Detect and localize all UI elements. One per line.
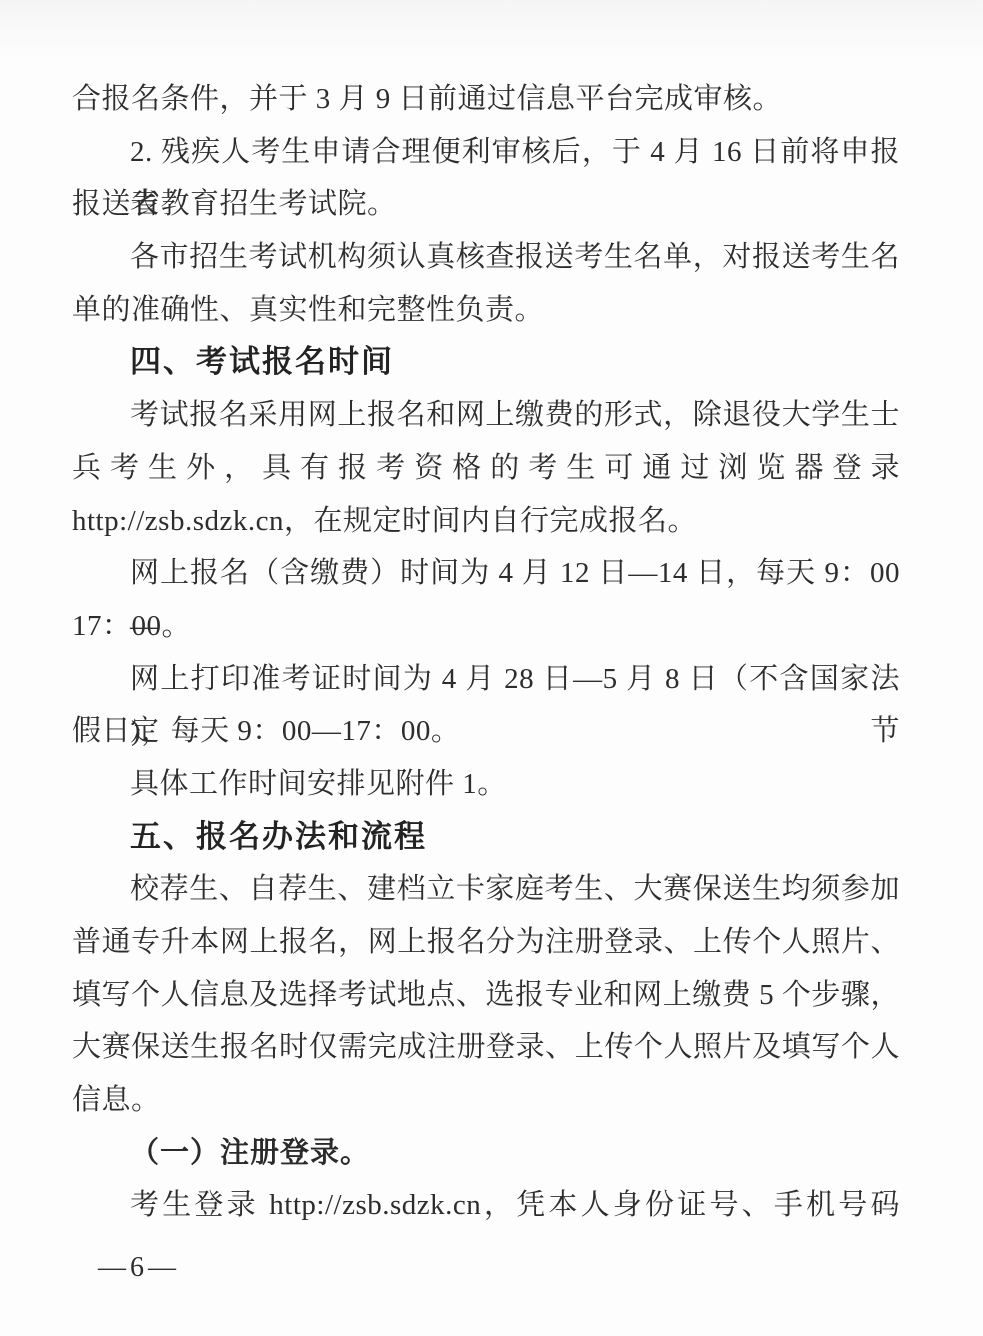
text-line: 普通专升本网上报名，网上报名分为注册登录、上传个人照片、 (72, 916, 900, 969)
text-line: 考试报名采用网上报名和网上缴费的形式，除退役大学生士 (72, 389, 900, 442)
text-line: 兵考生外，具有报考资格的考生可通过浏览器登录 (72, 442, 900, 495)
subsection-heading: （一）注册登录。 (72, 1127, 900, 1180)
text-line: 大赛保送生报名时仅需完成注册登录、上传个人照片及填写个人 (72, 1021, 900, 1074)
text-line: 网上报名（含缴费）时间为 4 月 12 日—14 日，每天 9：00— (72, 547, 900, 600)
text-line: 网上打印准考证时间为 4 月 28 日—5 月 8 日（不含国家法定节 (72, 653, 900, 706)
text-line: 具体工作时间安排见附件 1。 (72, 758, 900, 811)
text-line: 校荐生、自荐生、建档立卡家庭考生、大赛保送生均须参加 (72, 863, 900, 916)
text-line: 17：00。 (72, 600, 900, 653)
text-line-url: http://zsb.sdzk.cn，在规定时间内自行完成报名。 (72, 495, 900, 548)
document-page: 合报名条件，并于 3 月 9 日前通过信息平台完成审核。 2. 残疾人考生申请合… (0, 0, 983, 1336)
text-line: 合报名条件，并于 3 月 9 日前通过信息平台完成审核。 (72, 73, 900, 126)
text-line: 报送省教育招生考试院。 (72, 178, 900, 231)
text-line: 填写个人信息及选择考试地点、选报专业和网上缴费 5 个步骤， (72, 969, 900, 1022)
section-heading-5: 五、报名办法和流程 (72, 811, 900, 864)
page-number: —6— (72, 1248, 900, 1288)
section-heading-4: 四、考试报名时间 (72, 336, 900, 389)
text-line: 2. 残疾人考生申请合理便利审核后，于 4 月 16 日前将申报表 (72, 126, 900, 179)
text-line: 各市招生考试机构须认真核查报送考生名单，对报送考生名 (72, 231, 900, 284)
text-line-url: 考生登录 http://zsb.sdzk.cn，凭本人身份证号、手机号码 (72, 1179, 900, 1232)
text-line: 单的准确性、真实性和完整性负责。 (72, 284, 900, 337)
text-line: 信息。 (72, 1074, 900, 1127)
